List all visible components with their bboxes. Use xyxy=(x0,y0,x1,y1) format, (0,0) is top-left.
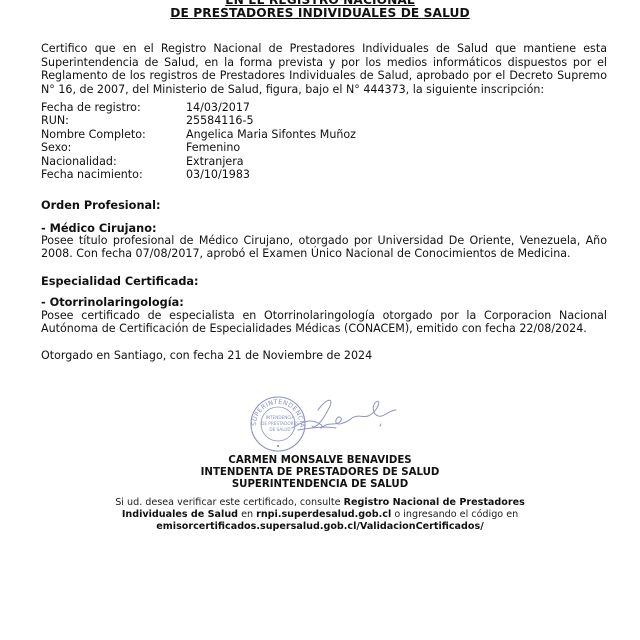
para-line: Posee certificado de especialista en Oto… xyxy=(41,309,607,322)
field-value: 03/10/1983 xyxy=(186,168,250,181)
field-value: Extranjera xyxy=(186,155,244,168)
field-label: RUN: xyxy=(41,114,186,127)
verify-text: o ingresando el código en xyxy=(391,509,518,520)
orden-profesional-heading: Orden Profesional: xyxy=(41,199,161,212)
verify-text: Si ud. desea verificar este certificado,… xyxy=(115,497,343,508)
verification-note: Si ud. desea verificar este certificado,… xyxy=(0,497,640,533)
certificate-page: EN EL REGISTRO NACIONAL DE PRESTADORES I… xyxy=(0,0,640,640)
field-label: Nacionalidad: xyxy=(41,155,186,168)
registration-fields: Fecha de registro: 14/03/2017 RUN: 25584… xyxy=(41,101,356,181)
stamp-and-signature: SUPERINTENDENCIA DE SALUD INTENDENCIA DE… xyxy=(240,388,410,456)
field-nombre: Nombre Completo: Angelica Maria Sifontes… xyxy=(41,128,356,141)
field-label: Fecha nacimiento: xyxy=(41,168,186,181)
otorrino-paragraph: Posee certificado de especialista en Oto… xyxy=(41,309,607,336)
signer-role: INTENDENTA DE PRESTADORES DE SALUD xyxy=(0,467,640,479)
validation-url-link[interactable]: emisorcertificados.supersalud.gob.cl/Val… xyxy=(156,521,483,532)
intro-line: Reglamento de los registros de Prestador… xyxy=(41,69,607,83)
intro-line: Certifico que en el Registro Nacional de… xyxy=(41,42,607,56)
medico-cirujano-paragraph: Posee título profesional de Médico Ciruj… xyxy=(41,234,607,261)
field-nacionalidad: Nacionalidad: Extranjera xyxy=(41,155,356,168)
registry-name-cont: Individuales de Salud xyxy=(122,509,238,520)
field-label: Nombre Completo: xyxy=(41,128,186,141)
svg-text:DE SALUD: DE SALUD xyxy=(269,427,290,432)
field-fecha-registro: Fecha de registro: 14/03/2017 xyxy=(41,101,356,114)
intro-paragraph: Certifico que en el Registro Nacional de… xyxy=(41,42,607,96)
svg-text:INTENDENCIA: INTENDENCIA xyxy=(266,415,295,420)
para-line: 2008. Con fecha 07/08/2017, aprobó el Ex… xyxy=(41,247,607,260)
para-line: Autónoma de Certificación de Especialida… xyxy=(41,322,607,335)
field-sexo: Sexo: Femenino xyxy=(41,141,356,154)
signer-name: CARMEN MONSALVE BENAVIDES xyxy=(0,455,640,467)
registry-name: Registro Nacional de Prestadores xyxy=(344,497,525,508)
intro-line: Superintendencia de Salud, en la forma p… xyxy=(41,56,607,70)
field-value: 14/03/2017 xyxy=(186,101,250,114)
svg-text:DE PRESTADORES: DE PRESTADORES xyxy=(261,421,299,426)
registry-url-link[interactable]: rnpi.superdesalud.gob.cl xyxy=(256,509,391,520)
signer-block: CARMEN MONSALVE BENAVIDES INTENDENTA DE … xyxy=(0,455,640,491)
field-value: Femenino xyxy=(186,141,240,154)
verify-text: en xyxy=(238,509,256,520)
signer-org: SUPERINTENDENCIA DE SALUD xyxy=(0,479,640,491)
field-label: Sexo: xyxy=(41,141,186,154)
field-label: Fecha de registro: xyxy=(41,101,186,114)
intro-line: N° 16, de 2007, del Ministerio de Salud,… xyxy=(41,83,607,97)
title-line-2: DE PRESTADORES INDIVIDUALES DE SALUD xyxy=(0,6,640,20)
field-value: 25584116-5 xyxy=(186,114,254,127)
otorgado-text: Otorgado en Santiago, con fecha 21 de No… xyxy=(41,349,607,362)
especialidad-heading: Especialidad Certificada: xyxy=(41,275,199,288)
para-line: Posee título profesional de Médico Ciruj… xyxy=(41,234,607,247)
field-value: Angelica Maria Sifontes Muñoz xyxy=(186,128,356,141)
otorrino-title: - Otorrinolaringología: xyxy=(41,296,184,309)
official-stamp-icon: SUPERINTENDENCIA DE SALUD INTENDENCIA DE… xyxy=(240,388,410,456)
field-run: RUN: 25584116-5 xyxy=(41,114,356,127)
otorgado-line: Otorgado en Santiago, con fecha 21 de No… xyxy=(41,349,607,362)
field-fecha-nacimiento: Fecha nacimiento: 03/10/1983 xyxy=(41,168,356,181)
